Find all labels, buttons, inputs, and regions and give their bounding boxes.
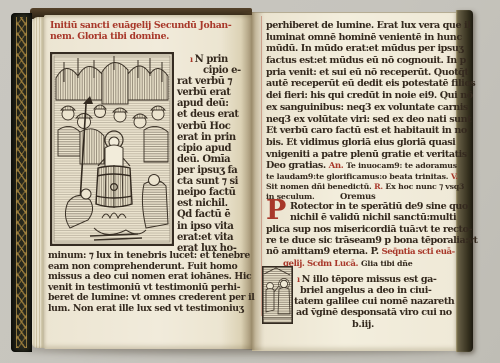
versicle-mark: V. (451, 172, 458, 181)
text-line: bis. Et vidimus gloriā eius gloriā quasi (266, 137, 455, 148)
text-line: Et verbū caro factū est et habitauit in … (266, 125, 467, 136)
text-line: ıN prin (190, 54, 228, 65)
text-line: nō amittam9 eterna. P. Seq̄ntia scti euā… (266, 246, 455, 258)
text-line: neq3 ex volūtate viri: sed ex deo nati s… (266, 114, 471, 125)
text-line: ex sanguinibus: neq3 ex voluntate carnis (266, 102, 468, 113)
text-line: rat verbū ⁊ (177, 76, 232, 87)
text-line: pria venit: et sui eū nō receperūt. Quot… (266, 67, 468, 78)
text-line: est nichil. (177, 198, 228, 209)
text-line: Qd factū ē (177, 209, 230, 220)
text-line: apud deū: (177, 98, 228, 109)
annunciation-miniature-woodcut (262, 266, 293, 324)
text-line: et deus erat (177, 109, 239, 120)
text-line: ıN illo tēpore missus est ga- (297, 274, 436, 285)
text-line: per ipsuʒ fa (177, 165, 237, 176)
binding-spine-board (11, 13, 32, 352)
text-line: factus est:et mūdus eū nō cognouit. In p (266, 55, 466, 66)
photograph-of-open-book: Initiū sancti euāgelij Secundū Johan- ne… (0, 0, 500, 363)
text-line: autē receperūt eū dedit eis potestatē fi… (266, 78, 475, 89)
response-mark: R. (374, 182, 383, 191)
text-line: nichil ē validū nichil sanctū:multi (290, 212, 456, 223)
text-line: cipio apud (177, 143, 231, 154)
rubric-header-line: nem. Gloria tibi domine. (50, 31, 169, 42)
sequentia-rubric: gelij. Scdm Lucā. (283, 259, 358, 269)
text-line: mūdū. In mūdo erat:et mūdus per ipsuʒ (266, 43, 463, 54)
signature-mark: b.iij. (352, 319, 374, 330)
text-line: beret de lumine: vt omnes crederent per … (48, 292, 254, 303)
text-line: verbū erat (177, 87, 230, 98)
text-line: briel angelus a deo in ciui- (300, 285, 431, 296)
text-line: erat:et vita (177, 232, 233, 243)
text-line: re te duce sic trāseam9 p bona tēporalia… (266, 235, 477, 246)
gloria-text: Glia tibi dñe (361, 259, 413, 268)
initial-guide-letter: ı (297, 274, 300, 284)
text-line: luminat omnē hominē venientē in hunc (266, 32, 462, 43)
initial-guide-letter: ı (190, 54, 193, 64)
text-line: lum. Non erat ille lux sed vt testimoniu… (48, 303, 244, 314)
martyrdom-of-st-john-woodcut (50, 52, 174, 246)
text-line: ad v̄ginē desponsatā viro cui no (296, 307, 452, 318)
text-line: erat in prin (177, 132, 236, 143)
deo-gratias: Deo gratias. (266, 160, 326, 171)
text-line: Rotector in te sperātiū de9 sine quo (290, 201, 468, 212)
text-line: deū. Omīa (177, 154, 230, 165)
text-line: tatem galilee cui nomē nazareth (294, 296, 454, 307)
text-line: cta sunt ⁊ si (177, 176, 238, 187)
text-line: perhiberet de lumine. Erat lux vera que … (266, 20, 470, 31)
antiphon-text: Te inuocam9: te adoramus (346, 161, 457, 170)
lombardic-initial-p: P (266, 199, 286, 223)
text-line: missus a deo cui nomen erat iohānes. Hic (48, 271, 251, 282)
text-line: minum: ⁊ lux in tenebris lucet: et teneb… (48, 250, 250, 261)
text-line: dei fieri: his qui credūt in noie ei9. Q… (266, 90, 473, 101)
text-line: verbū Hoc (177, 121, 230, 132)
antiphon-mark: An. (329, 161, 344, 171)
sequentia-rubric: Seq̄ntia scti euā- (382, 247, 455, 257)
rubric-header-line: Initiū sancti euāgelij Secundū Johan- (50, 20, 231, 31)
text-line: gelij. Scdm Lucā. Glia tibi dñe (283, 258, 413, 270)
text-line: neipo factū (177, 187, 235, 198)
text-line: in ipso vita (177, 221, 233, 232)
text-line: vnigeniti a patre plenū gratie et verita… (266, 149, 467, 160)
gold-tooling-pattern (16, 17, 27, 348)
text-line: cipio e- (203, 65, 241, 76)
text-line: plica sup nos misericordiā tuā:vt te rec… (266, 224, 472, 235)
